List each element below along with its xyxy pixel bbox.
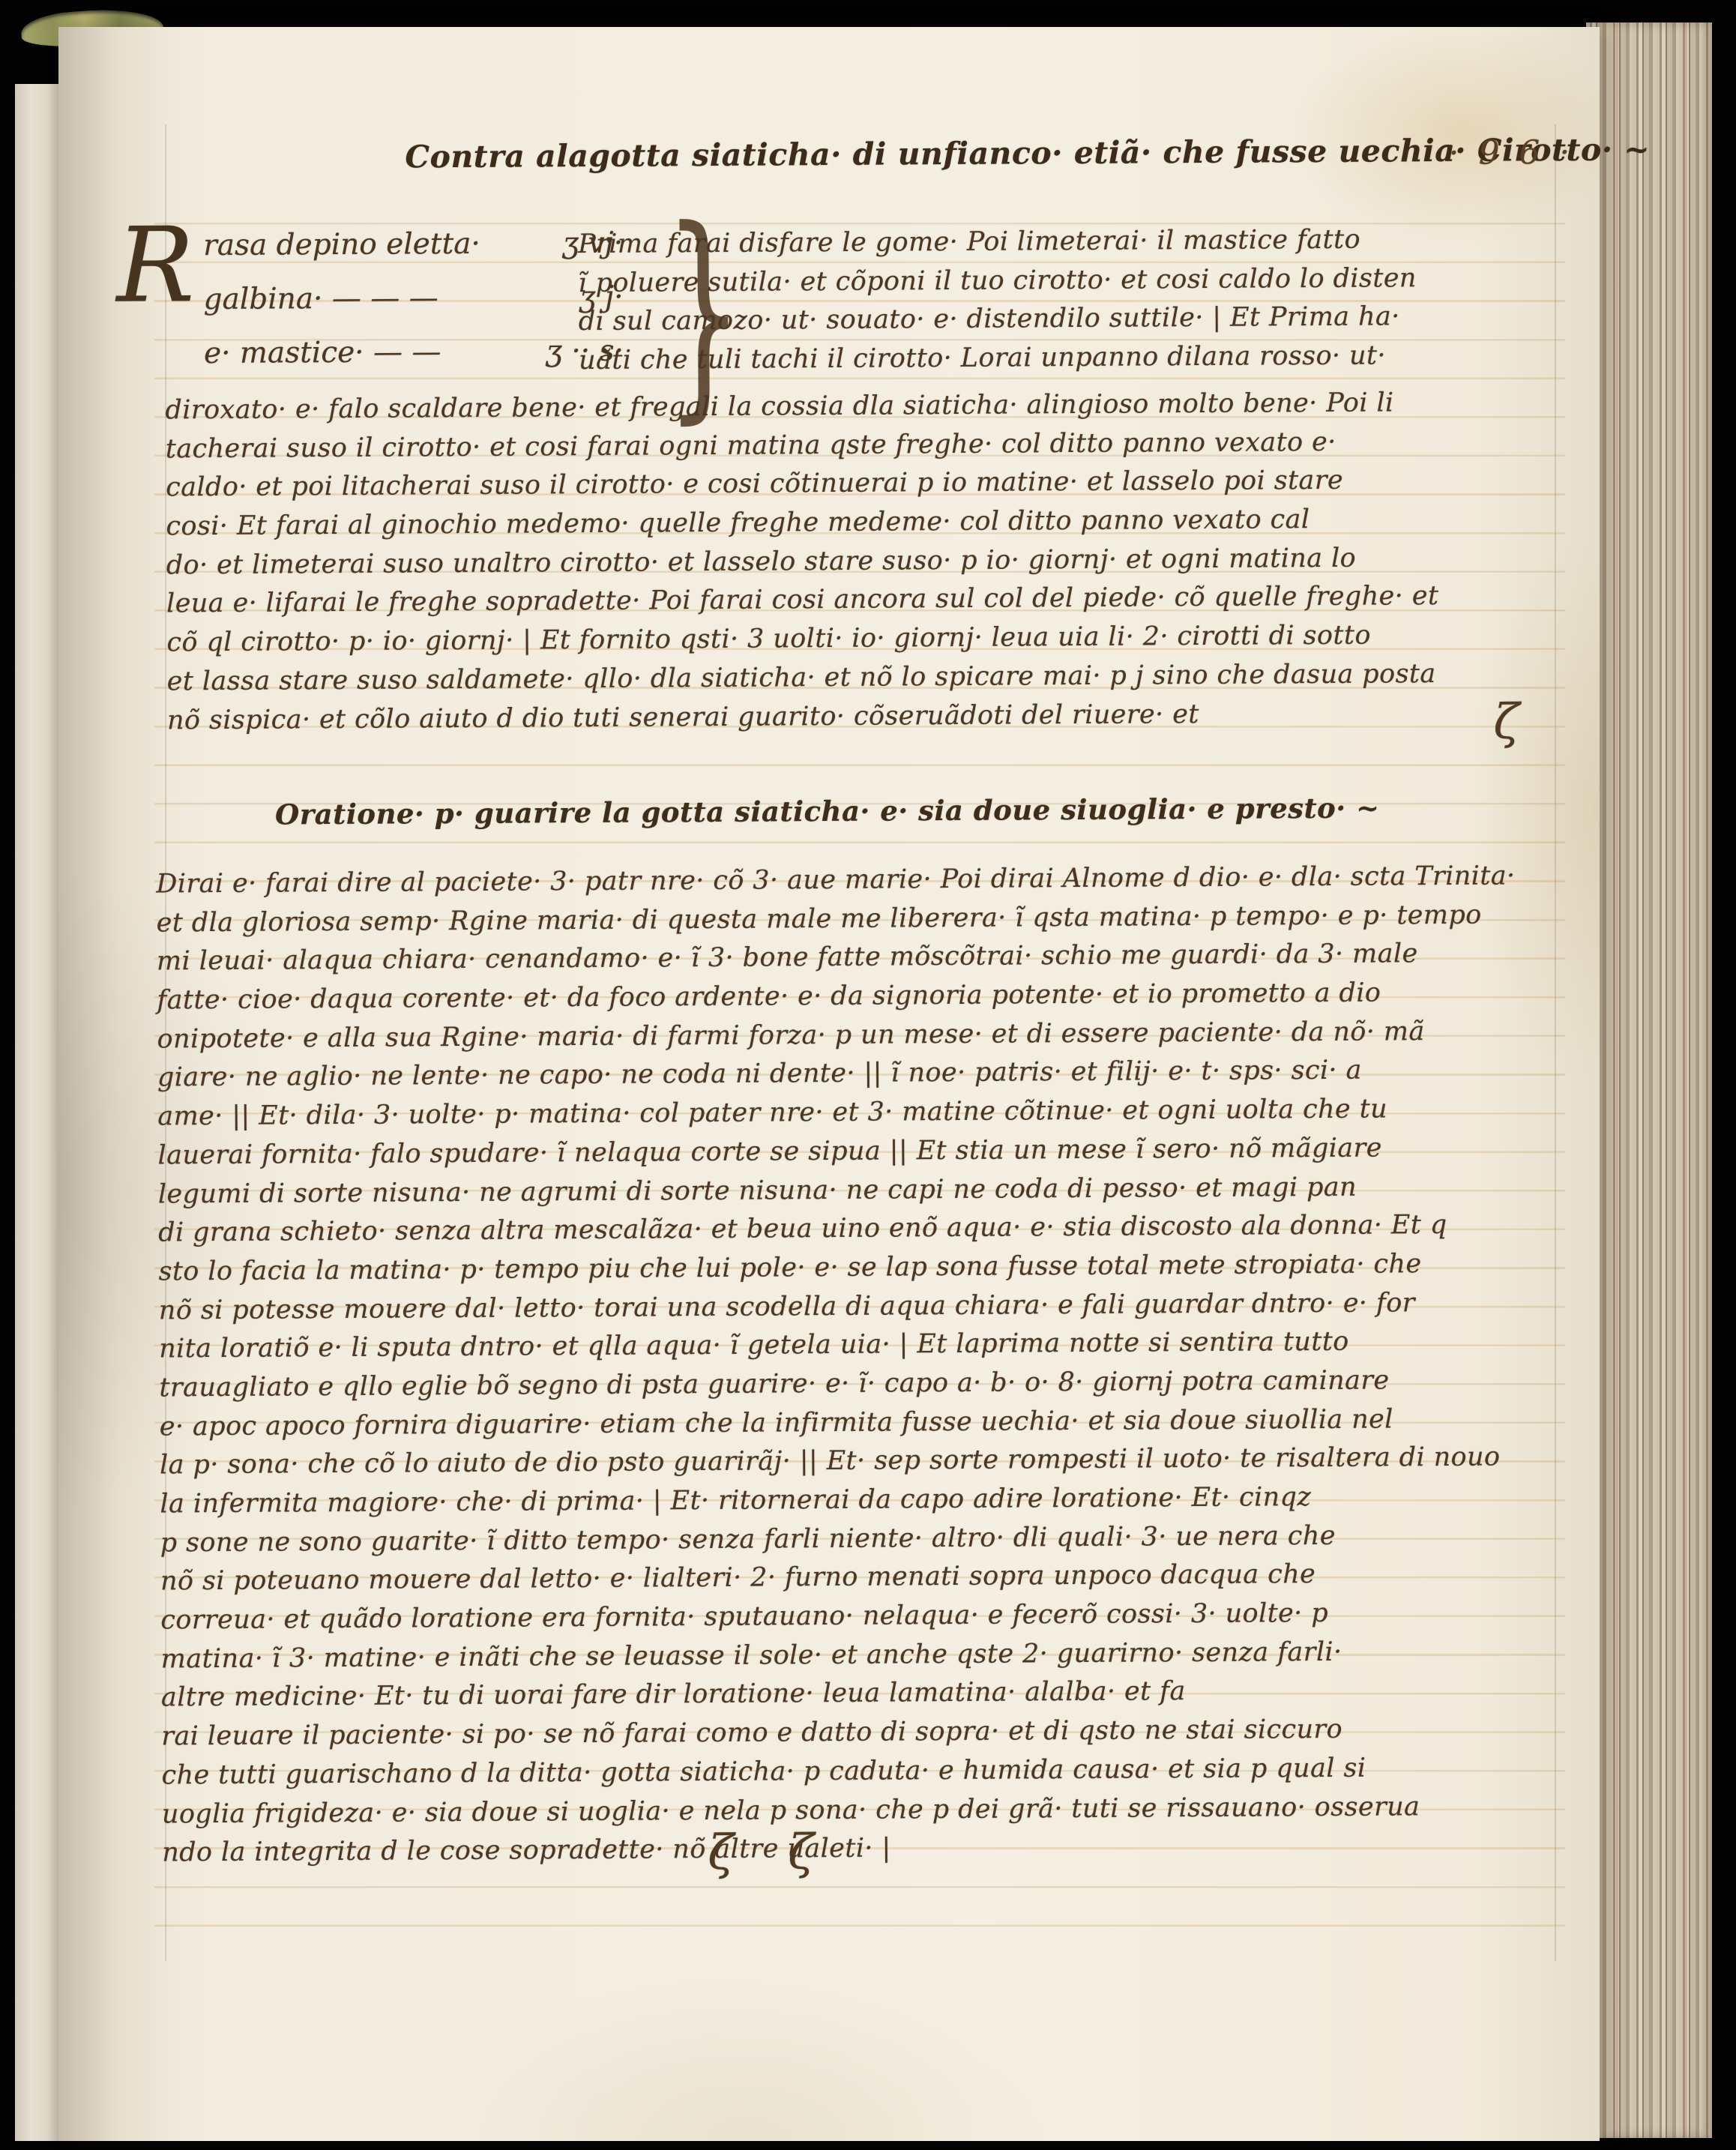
- oration-heading: Oratione· p· guarire la gotta siaticha· …: [57, 790, 1598, 833]
- ingredient-list: rasa depino eletta· ʒ vj· galbina· — — —…: [203, 226, 624, 391]
- manuscript-page: Contra alagotta siaticha· di unfianco· e…: [58, 27, 1600, 2141]
- paragraph-end-flourish: ζ ζ: [708, 1825, 834, 1881]
- ingredient-name: rasa depino eletta·: [203, 227, 480, 283]
- manuscript-text-line: ndo la integrita d le cose sopradette· n…: [162, 1829, 1571, 1876]
- photograph-background: Contra alagotta siaticha· di unfianco· e…: [0, 0, 1736, 2150]
- ingredient-row: e· mastice· — — ʒ ·· s·: [204, 334, 624, 391]
- remedy-paragraph-indented: Prima farai disfare le gome· Poi limeter…: [578, 223, 1538, 385]
- ingredient-row: galbina· — — — ʒ j·: [203, 280, 623, 337]
- manuscript-book: Contra alagotta siaticha· di unfianco· e…: [15, 19, 1712, 2141]
- page-header: Contra alagotta siaticha· di unfianco· e…: [52, 132, 1594, 205]
- manuscript-text-line: uãti che tuli tachi il cirotto· Lorai un…: [579, 340, 1538, 385]
- page-content: Contra alagotta siaticha· di unfianco· e…: [52, 22, 1606, 2146]
- ingredient-row: rasa depino eletta· ʒ vj·: [203, 226, 623, 283]
- recipe-initial: R: [116, 214, 195, 318]
- ingredient-name: e· mastice· — —: [204, 335, 441, 391]
- ingredient-name: galbina· — — —: [203, 281, 438, 337]
- fore-edge-pages: [1586, 22, 1712, 2138]
- manuscript-text-line: di sul camozo· ut· souato· e· distendilo…: [579, 301, 1538, 346]
- remedy-paragraph: diroxato· e· falo scaldare bene· et freg…: [165, 387, 1549, 744]
- folio-number: · 9 6 ·: [1448, 133, 1574, 172]
- recipe-block: R rasa depino eletta· ʒ vj· galbina· — —…: [116, 221, 656, 224]
- manuscript-text-line: nõ sispica· et cõlo aiuto d dio tuti sen…: [167, 697, 1549, 744]
- oration-paragraph: Dirai e· farai dire al paciete· 3· patr …: [156, 861, 1571, 1876]
- manuscript-text-line: ĩ poluere sutila· et cõponi il tuo cirot…: [578, 262, 1537, 307]
- manuscript-text-line: Prima farai disfare le gome· Poi limeter…: [578, 223, 1537, 268]
- paragraph-end-flourish: ζ: [1493, 694, 1539, 750]
